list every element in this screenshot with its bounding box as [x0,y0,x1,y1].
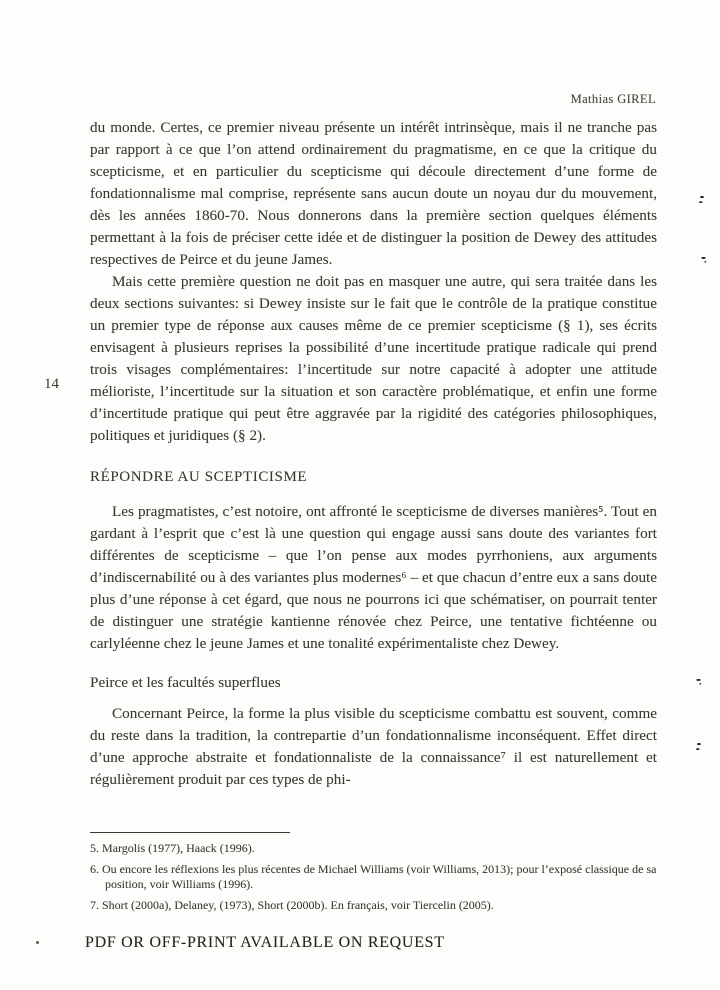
body-paragraph: Concernant Peirce, la forme la plus visi… [90,703,657,791]
margin-page-number: 14 [44,376,59,393]
subsection-heading: Peirce et les facultés superflues [90,672,657,694]
footnote: 5. Margolis (1977), Haack (1996). [90,841,657,857]
scanned-book-page: Mathias GIREL 14 du monde. Certes, ce pr… [0,0,720,990]
margin-ink-smudge-mark [694,675,703,686]
body-paragraph: Mais cette première question ne doit pas… [90,271,657,447]
running-header-author: Mathias GIREL [571,92,656,107]
body-paragraph: Les pragmatistes, c’est notoire, ont aff… [90,501,657,655]
footnote-divider [90,832,290,833]
section-heading: RÉPONDRE AU SCEPTICISME [90,466,657,488]
footnotes-section: 5. Margolis (1977), Haack (1996). 6. Ou … [90,832,657,918]
text-column: du monde. Certes, ce premier niveau prés… [90,117,657,791]
margin-ink-smudge-mark [699,253,708,264]
scan-speck-dot [36,941,39,944]
footnote: 7. Short (2000a), Delaney, (1973), Short… [90,898,657,914]
offprint-notice: PDF OR OFF-PRINT AVAILABLE ON REQUEST [85,934,445,952]
body-paragraph: du monde. Certes, ce premier niveau prés… [90,117,657,271]
margin-ink-smudge-mark [697,194,706,205]
footnote: 6. Ou encore les réflexions les plus réc… [90,862,657,893]
margin-ink-smudge-mark [694,741,703,752]
